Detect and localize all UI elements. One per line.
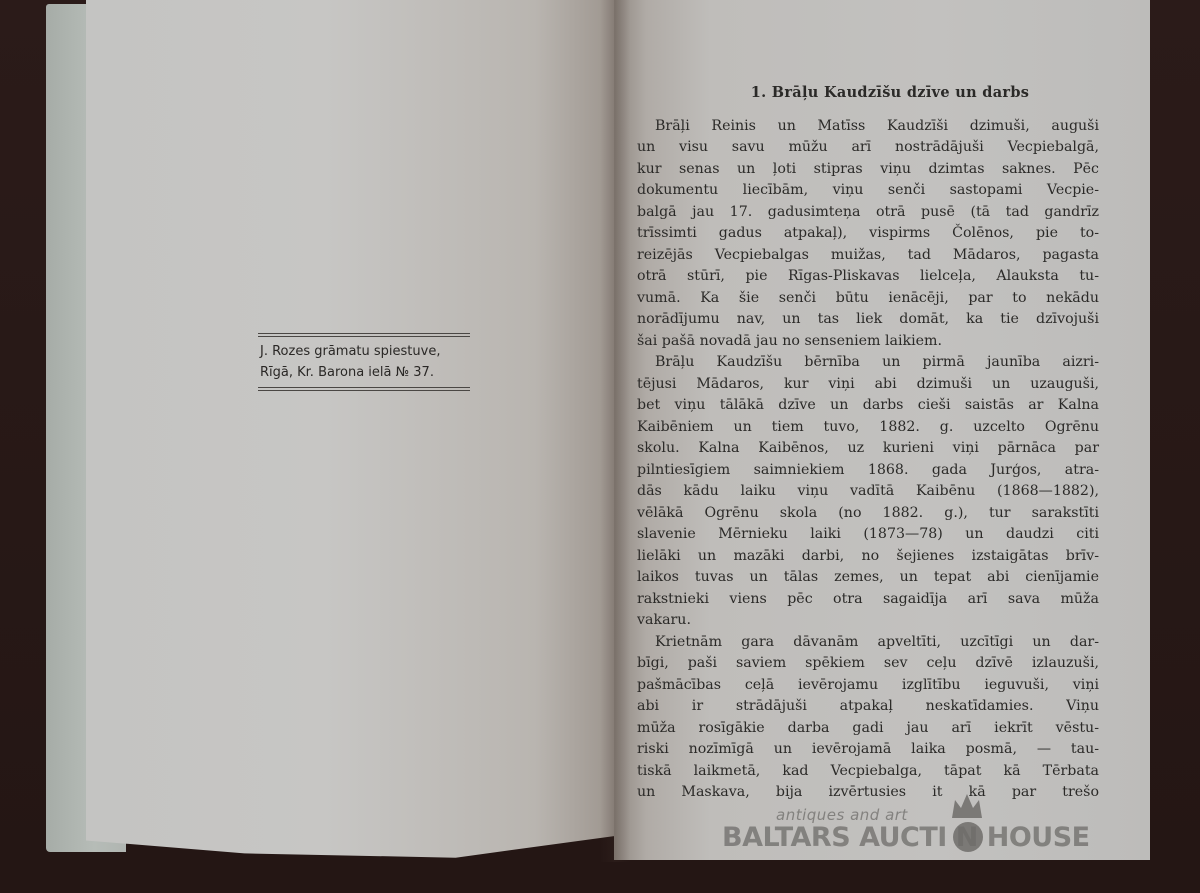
text-line: rakstnieki viens pēc otra sagaidīja arī … [637, 589, 1099, 611]
imprint-rule-bottom [258, 387, 470, 391]
text-line: otrā stūrī, pie Rīgas-Pliskavas lielceļa… [637, 266, 1099, 288]
printer-imprint: J. Rozes grāmatu spiestuve, Rīgā, Kr. Ba… [258, 326, 470, 396]
text-line: lielāki un mazāki darbi, no šejienes izs… [637, 546, 1099, 568]
text-line: bet viņu tālākā dzīve un darbs cieši sai… [637, 395, 1099, 417]
text-line: un visu savu mūžu arī nostrādājuši Vecpi… [637, 137, 1099, 159]
text-line: slavenie Mērnieku laiki (1873—78) un dau… [637, 524, 1099, 546]
chapter-text: 1. Brāļu Kaudzīšu dzīve un darbs Brāļi R… [637, 82, 1099, 804]
text-line: dās kādu laiku viņu vadītā Kaibēnu (1868… [637, 481, 1099, 503]
book-gutter [600, 0, 630, 862]
auction-house-watermark: antiques and art BALTARS AUCTI N HOUSE [722, 806, 1122, 866]
text-line: Krietnām gara dāvanām apveltīti, uzcītīg… [637, 632, 1099, 654]
text-line: reizējās Vecpiebalgas muižas, tad Mādaro… [637, 245, 1099, 267]
text-line: un Maskava, bija izvērtusies it kā par t… [637, 782, 1099, 804]
text-line: tējusi Mādaros, kur viņi abi dzimuši un … [637, 374, 1099, 396]
crown-icon [950, 794, 984, 820]
text-line: tiskā laikmetā, kad Vecpiebalga, tāpat k… [637, 761, 1099, 783]
text-line: trīssimti gadus atpakaļ), vispirms Čolēn… [637, 223, 1099, 245]
text-line: riski nozīmīgā un ievērojamā laika posmā… [637, 739, 1099, 761]
text-line: laikos tuvas un tālas zemes, un tepat ab… [637, 567, 1099, 589]
text-line: vumā. Ka šie senči būtu ienācēji, par to… [637, 288, 1099, 310]
text-line: vakaru. [637, 610, 1099, 632]
text-line: vēlākā Ogrēnu skola (no 1882. g.), tur s… [637, 503, 1099, 525]
text-line: pašmācības ceļā ievērojamu izglītību ieg… [637, 675, 1099, 697]
chapter-heading: 1. Brāļu Kaudzīšu dzīve un darbs [637, 82, 1099, 104]
text-line: šai pašā novadā jau no senseniem laikiem… [637, 331, 1099, 353]
text-line: abi ir strādājuši atpakaļ neskatīdamies.… [637, 696, 1099, 718]
text-line: skolu. Kalna Kaibēnos, uz kurieni viņi p… [637, 438, 1099, 460]
text-line: mūža rosīgākie darba gadi jau arī iekrīt… [637, 718, 1099, 740]
text-line: dokumentu liecībām, viņu senči sastopami… [637, 180, 1099, 202]
text-line: Brāļu Kaudzīšu bērnība un pirmā jaunība … [637, 352, 1099, 374]
text-line: norādījumu nav, un tas liek domāt, ka ti… [637, 309, 1099, 331]
imprint-line-1: J. Rozes grāmatu spiestuve, [258, 341, 470, 362]
imprint-rule-top [258, 333, 470, 337]
text-line: bīgi, paši saviem spēkiem sev ceļu dzīvē… [637, 653, 1099, 675]
left-page [86, 0, 614, 862]
text-line: balgā jau 17. gadusimteņa otrā pusē (tā … [637, 202, 1099, 224]
text-line: kur senas un ļoti stipras viņu dzimtas s… [637, 159, 1099, 181]
text-line: Brāļi Reinis un Matīss Kaudzīši dzimuši,… [637, 116, 1099, 138]
imprint-line-2: Rīgā, Kr. Barona ielā № 37. [258, 362, 470, 383]
watermark-name: BALTARS AUCTI N HOUSE [722, 822, 1090, 853]
text-line: Kaibēniem un tiem tuvo, 1882. g. uzcelto… [637, 417, 1099, 439]
text-line: pilntiesīgiem saimniekiem 1868. gada Jur… [637, 460, 1099, 482]
